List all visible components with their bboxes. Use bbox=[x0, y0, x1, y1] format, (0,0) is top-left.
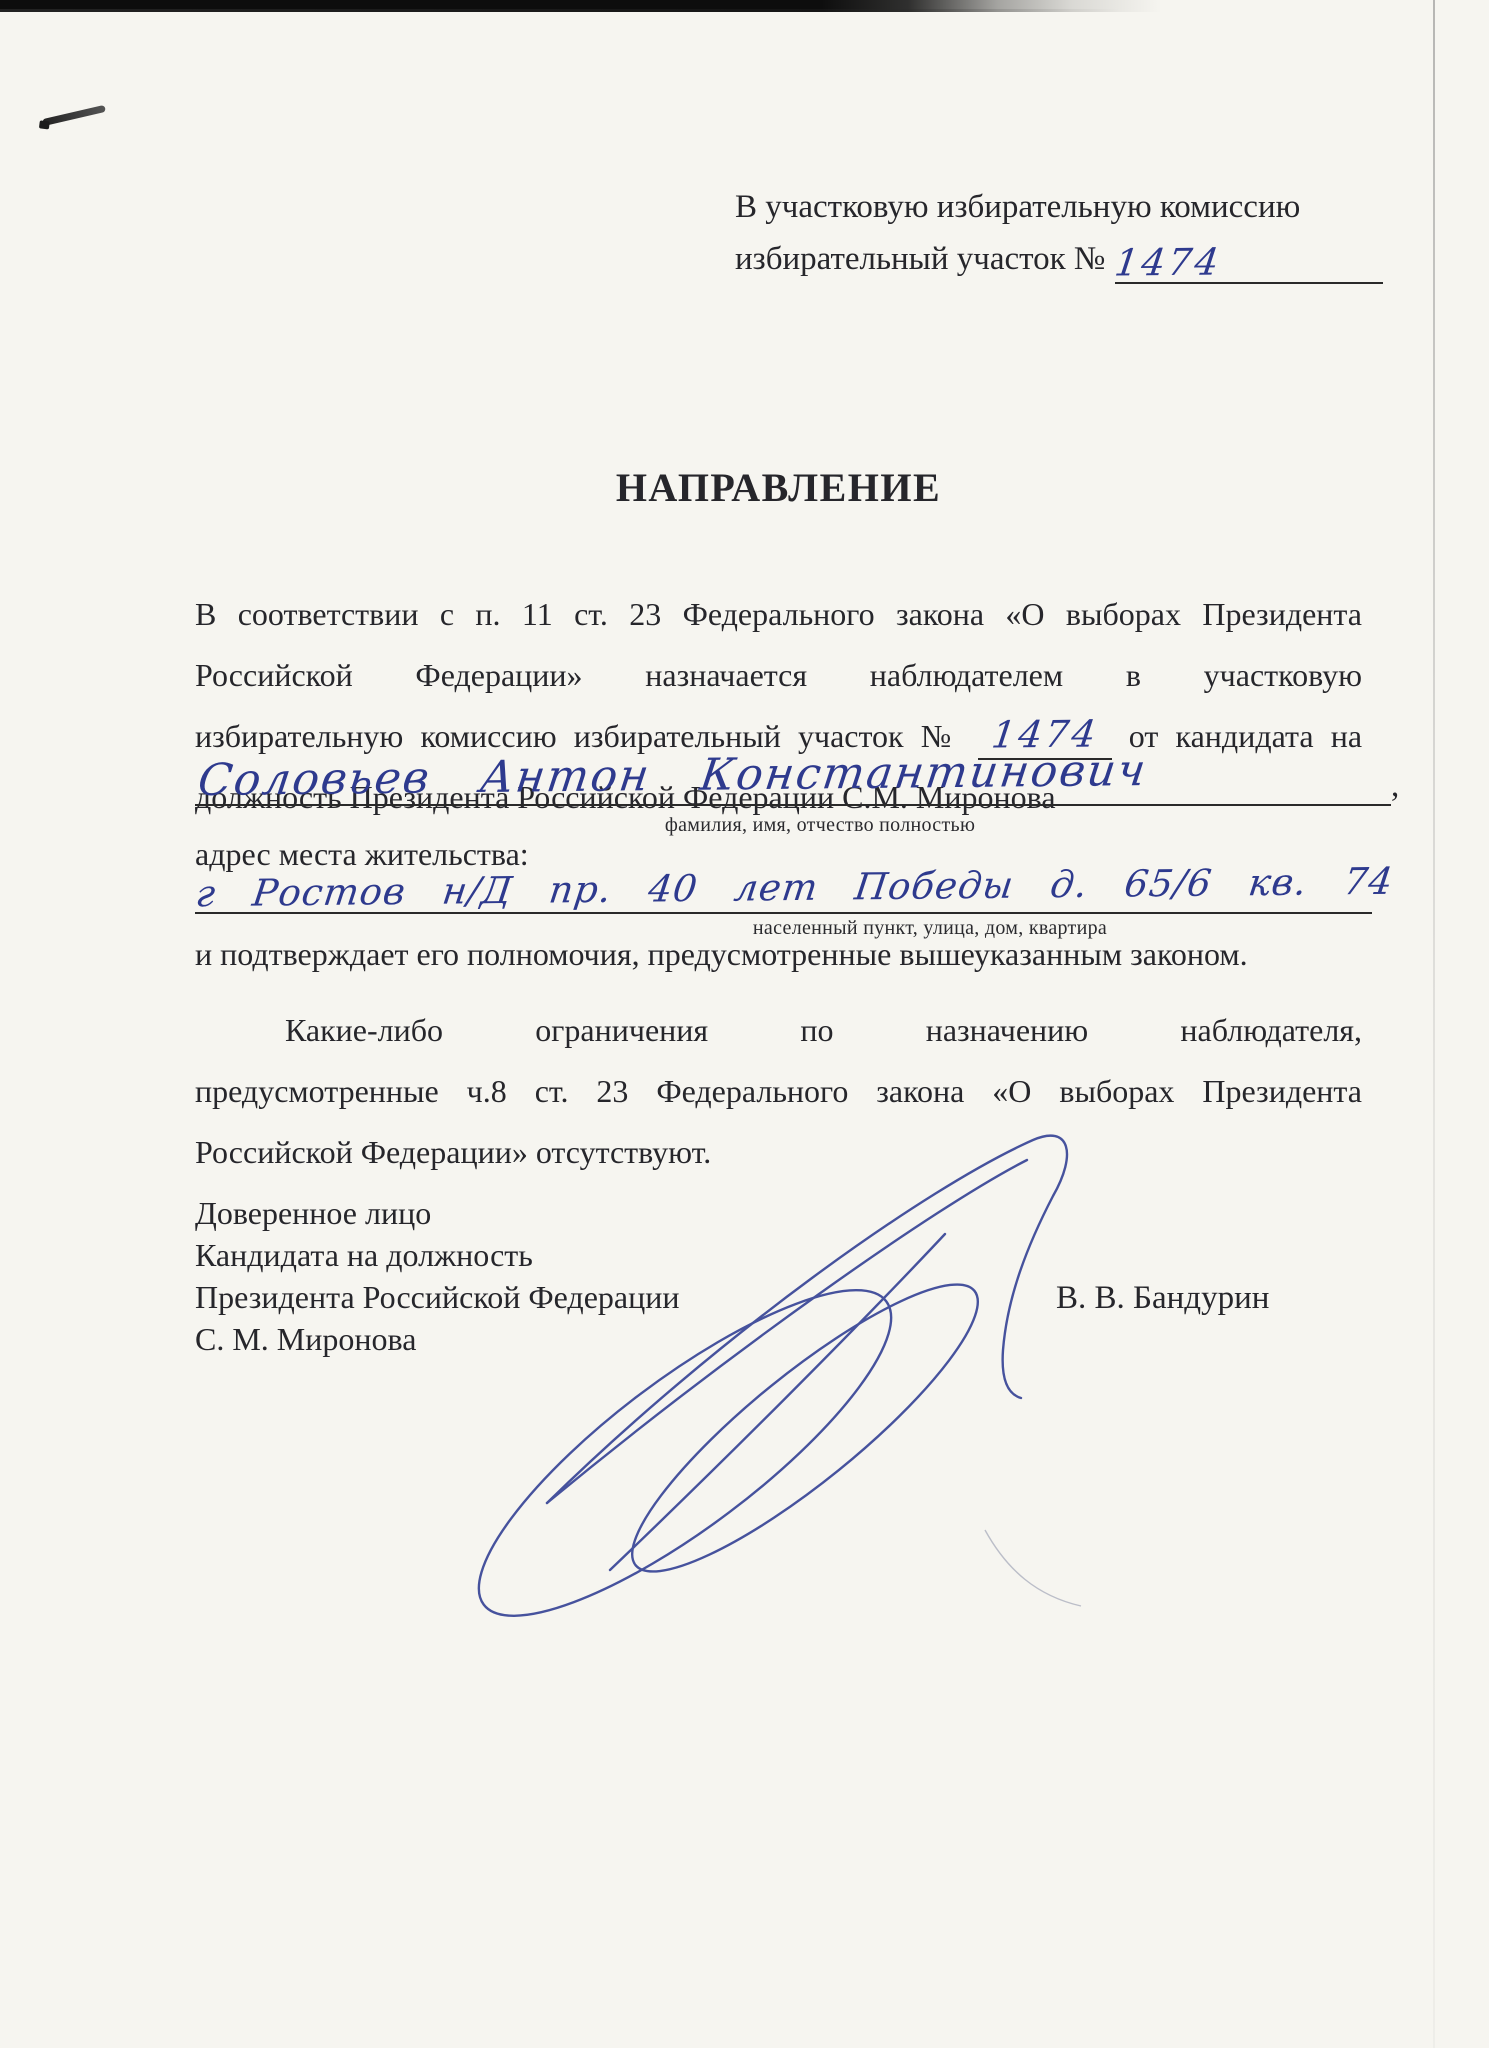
document-title: НАПРАВЛЕНИЕ bbox=[195, 464, 1362, 511]
scan-edge-artifact-top-thin bbox=[0, 9, 1120, 12]
header-line-commission: В участковую избирательную комиссию bbox=[735, 182, 1435, 232]
observer-name-blank: Соловьев Антон Константинович bbox=[195, 748, 1391, 806]
address-row: г Ростов н/Д пр. 40 лет Победы д. 65/6 к… bbox=[195, 862, 1372, 914]
observer-name-row: Соловьев Антон Константинович, bbox=[195, 748, 1415, 806]
trailing-comma: , bbox=[1391, 768, 1399, 804]
precinct-number-handwritten: 1474 bbox=[1112, 237, 1225, 288]
addressee-header: В участковую избирательную комиссию изби… bbox=[735, 182, 1435, 284]
header-line-precinct: избирательный участок №1474 bbox=[735, 234, 1435, 284]
name-field-caption: фамилия, имя, отчество полностью bbox=[430, 814, 1210, 837]
confirmation-line: и подтверждает его полномочия, предусмот… bbox=[195, 932, 1395, 976]
signature-scribble bbox=[385, 1088, 1115, 1648]
paragraph-line: В соответствии с п. 11 ст. 23 Федерально… bbox=[195, 584, 1362, 645]
scan-line-artifact-right bbox=[1433, 0, 1435, 2048]
signer-name: В. В. Бандурин bbox=[1056, 1280, 1269, 1317]
precinct-label: избирательный участок № bbox=[735, 241, 1105, 277]
observer-name-handwritten: Соловьев Антон Константинович bbox=[191, 743, 1151, 809]
precinct-number-blank: 1474 bbox=[1115, 238, 1383, 284]
scanned-document-page: В участковую избирательную комиссию изби… bbox=[0, 0, 1489, 2048]
signature-ink-icon bbox=[385, 1088, 1115, 1648]
paragraph-line: Российской Федерации» назначается наблюд… bbox=[195, 645, 1362, 706]
address-handwritten: г Ростов н/Д пр. 40 лет Победы д. 65/6 к… bbox=[191, 856, 1397, 921]
paragraph-line: Какие-либо ограничения по назначению наб… bbox=[195, 1000, 1362, 1061]
pen-mark-artifact bbox=[42, 105, 106, 126]
